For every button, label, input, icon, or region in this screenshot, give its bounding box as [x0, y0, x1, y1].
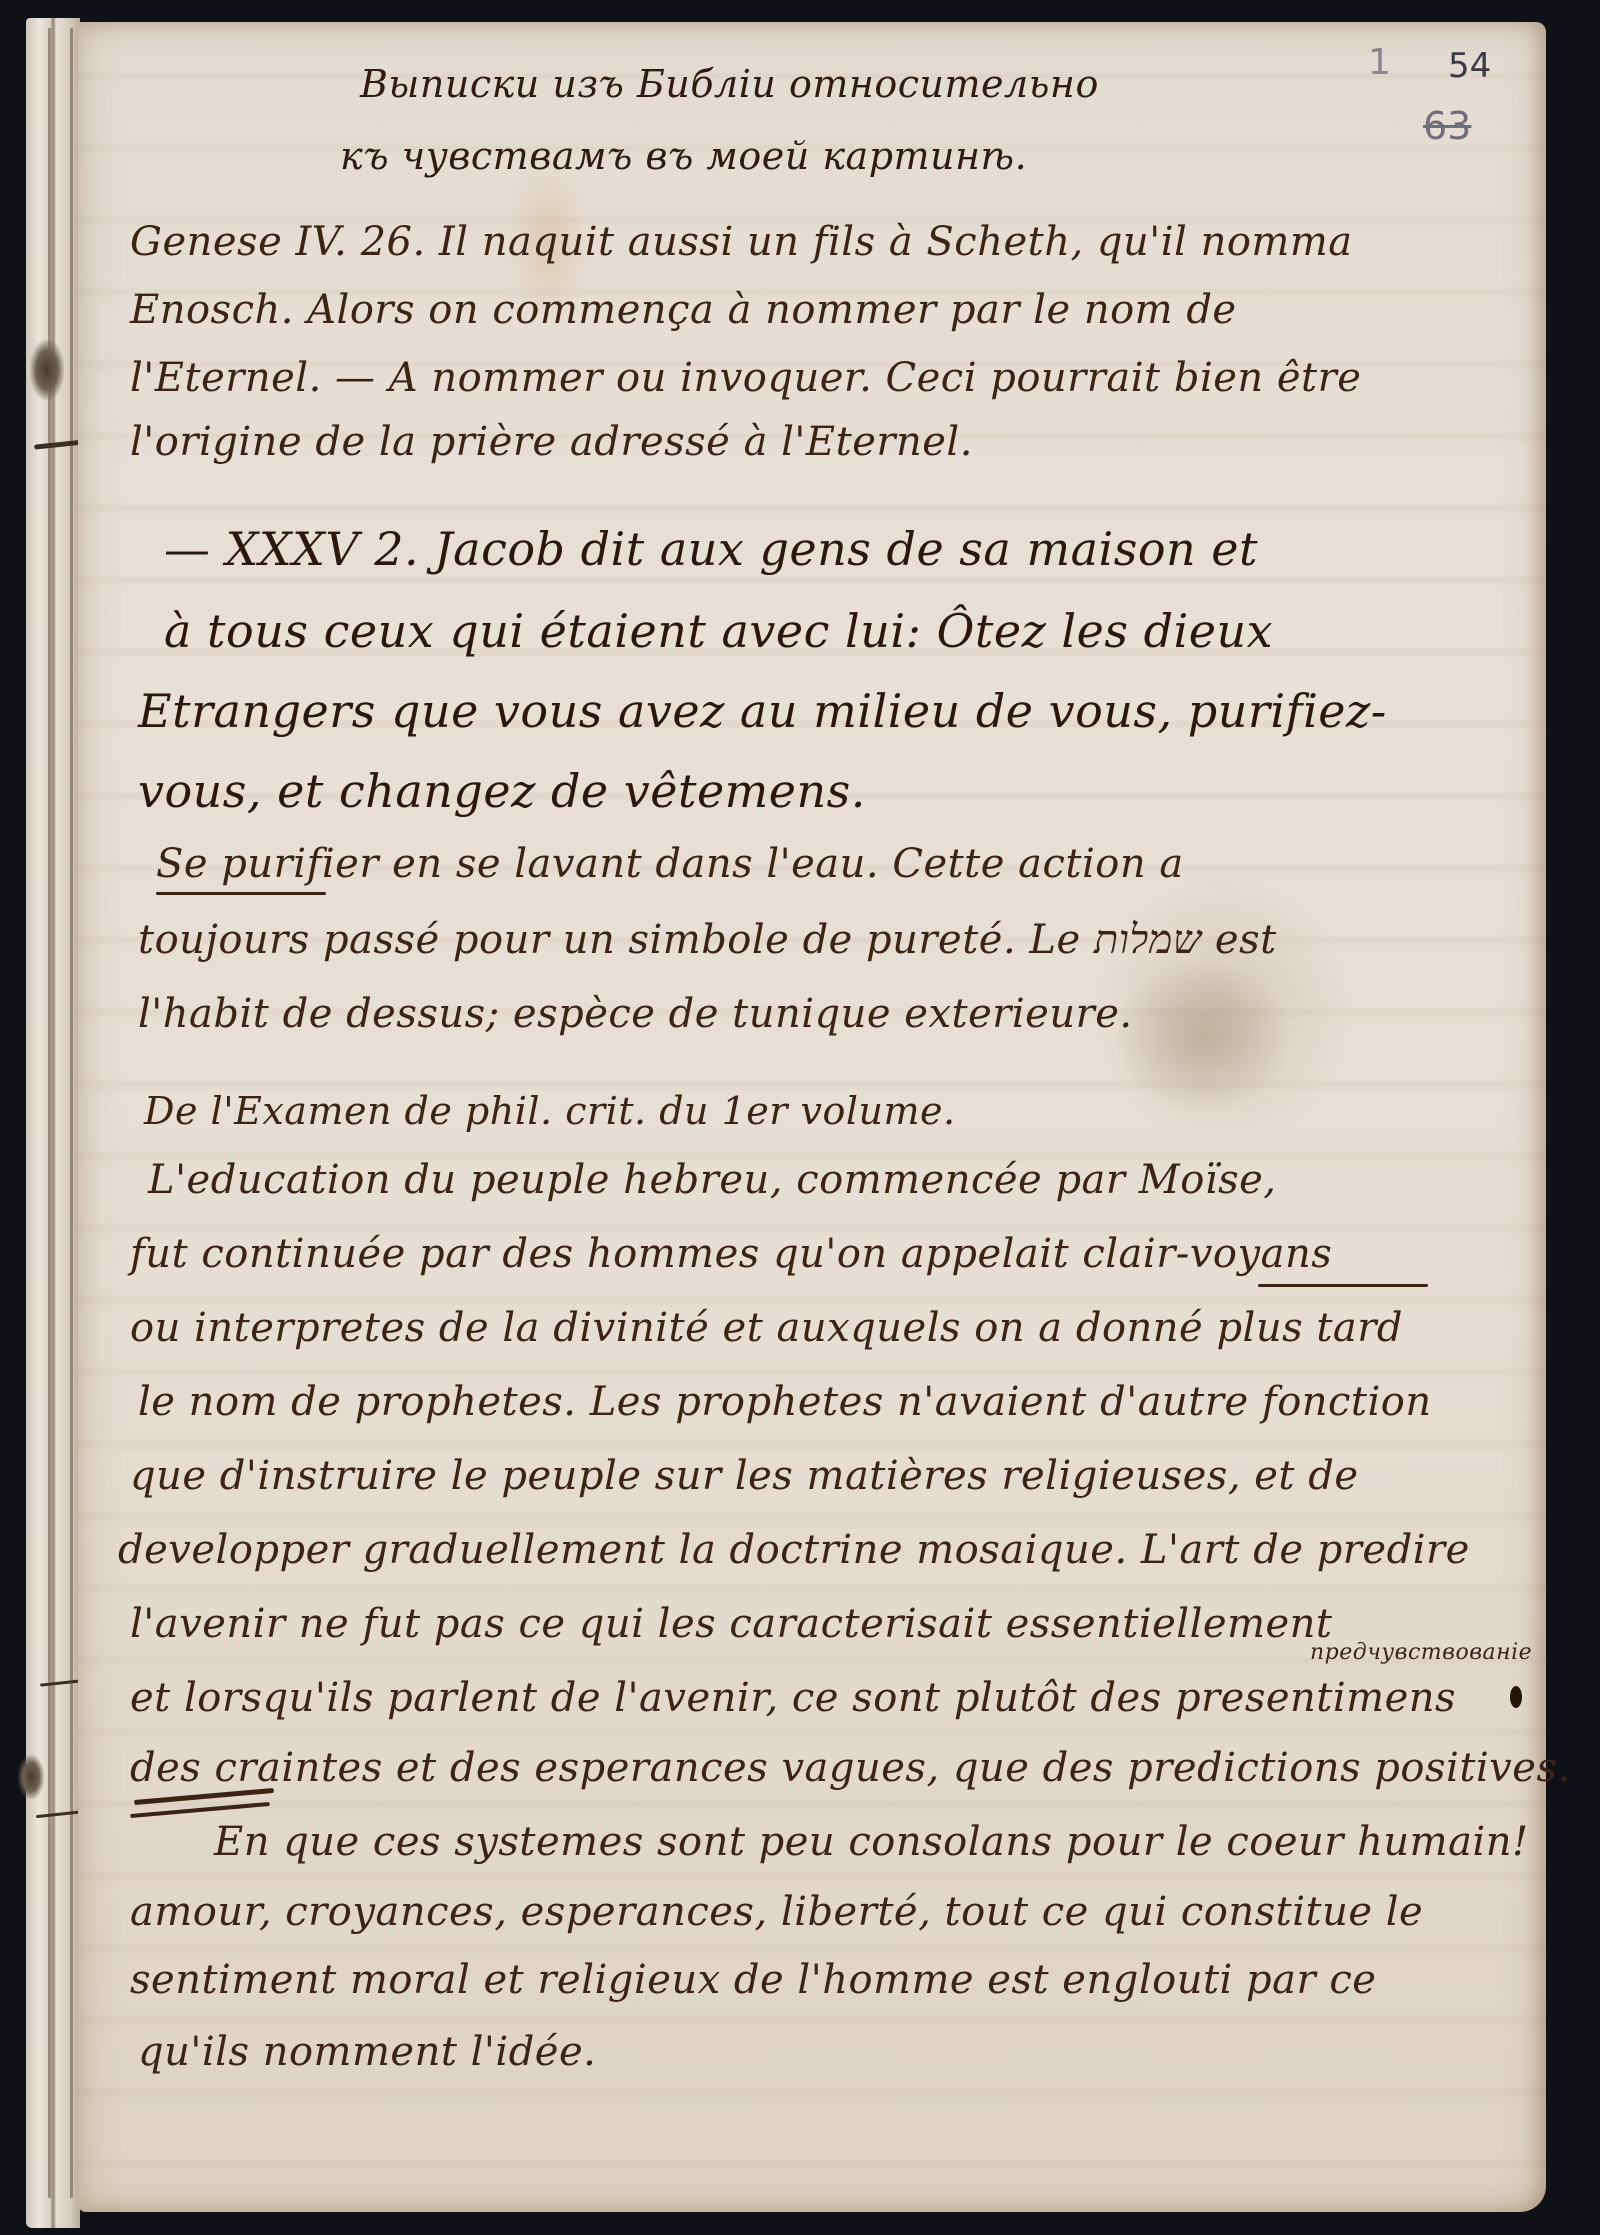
supralinear-russian-note: предчувствованіе [1310, 1640, 1532, 1665]
text-line: l'habit de dessus; espèce de tunique ext… [138, 994, 1133, 1034]
text-line: l'avenir ne fut pas ce qui les caracteri… [130, 1604, 1333, 1644]
text-line: le nom de prophetes. Les prophetes n'ava… [138, 1382, 1432, 1422]
text-line: vous, et changez de vêtemens. [138, 764, 866, 818]
folio-pencil-mark: 1 [1368, 42, 1391, 83]
text-line: que d'instruire le peuple sur les matièr… [130, 1456, 1359, 1496]
text-line: sentiment moral et religieux de l'homme … [130, 1960, 1376, 2000]
text-line: l'Eternel. — A nommer ou invoquer. Ceci … [130, 358, 1361, 398]
text-line: Enosch. Alors on commença à nommer par l… [130, 290, 1237, 330]
text-line: — XXXV 2. Jacob dit aux gens de sa maiso… [164, 522, 1258, 576]
text-line: amour, croyances, esperances, liberté, t… [130, 1892, 1423, 1932]
text-line: et lorsqu'ils parlent de l'avenir, ce so… [130, 1678, 1456, 1718]
text-line: toujours passé pour un simbole de pureté… [138, 920, 1277, 960]
text-line: qu'ils nomment l'idée. [138, 2032, 596, 2072]
text-line: L'education du peuple hebreu, commencée … [148, 1160, 1276, 1200]
binding-thread-knot [30, 340, 64, 400]
text-line: Genese IV. 26. Il naquit aussi un fils à… [130, 222, 1353, 262]
folio-number-ink: 54 [1448, 46, 1491, 86]
text-line: En que ces systemes sont peu consolans p… [214, 1822, 1529, 1862]
text-line: l'origine de la prière adressé à l'Etern… [130, 422, 973, 462]
text-line: fut continuée par des hommes qu'on appel… [130, 1234, 1332, 1274]
manuscript-page: 1 54 63 Выписки изъ Библіи относительно … [78, 22, 1546, 2212]
underline-se-purifier [156, 892, 326, 895]
heading-line-2: къ чувствамъ въ моей картинѣ. [340, 134, 1027, 178]
text-line: Etrangers que vous avez au milieu de vou… [138, 684, 1387, 738]
text-line: des craintes et des esperances vagues, q… [130, 1748, 1571, 1788]
section-heading: De l'Examen de phil. crit. du 1er volume… [144, 1092, 956, 1130]
double-underline [130, 1802, 270, 1818]
ink-blot [1510, 1686, 1522, 1708]
text-line: developper graduellement la doctrine mos… [118, 1530, 1470, 1570]
underline-clair-voyans [1258, 1284, 1428, 1287]
paper-stain [1118, 962, 1288, 1112]
folio-number-pencil-crossed: 63 [1423, 104, 1471, 148]
text-line: Se purifier en se lavant dans l'eau. Cet… [156, 844, 1184, 884]
binding-crease [70, 28, 73, 2198]
text-line: ou interpretes de la divinité et auxquel… [130, 1308, 1403, 1348]
binding-thread-knot [18, 1755, 44, 1799]
heading-line-1: Выписки изъ Библіи относительно [360, 62, 1099, 106]
text-line: à tous ceux qui étaient avec lui: Ôtez l… [164, 604, 1273, 658]
